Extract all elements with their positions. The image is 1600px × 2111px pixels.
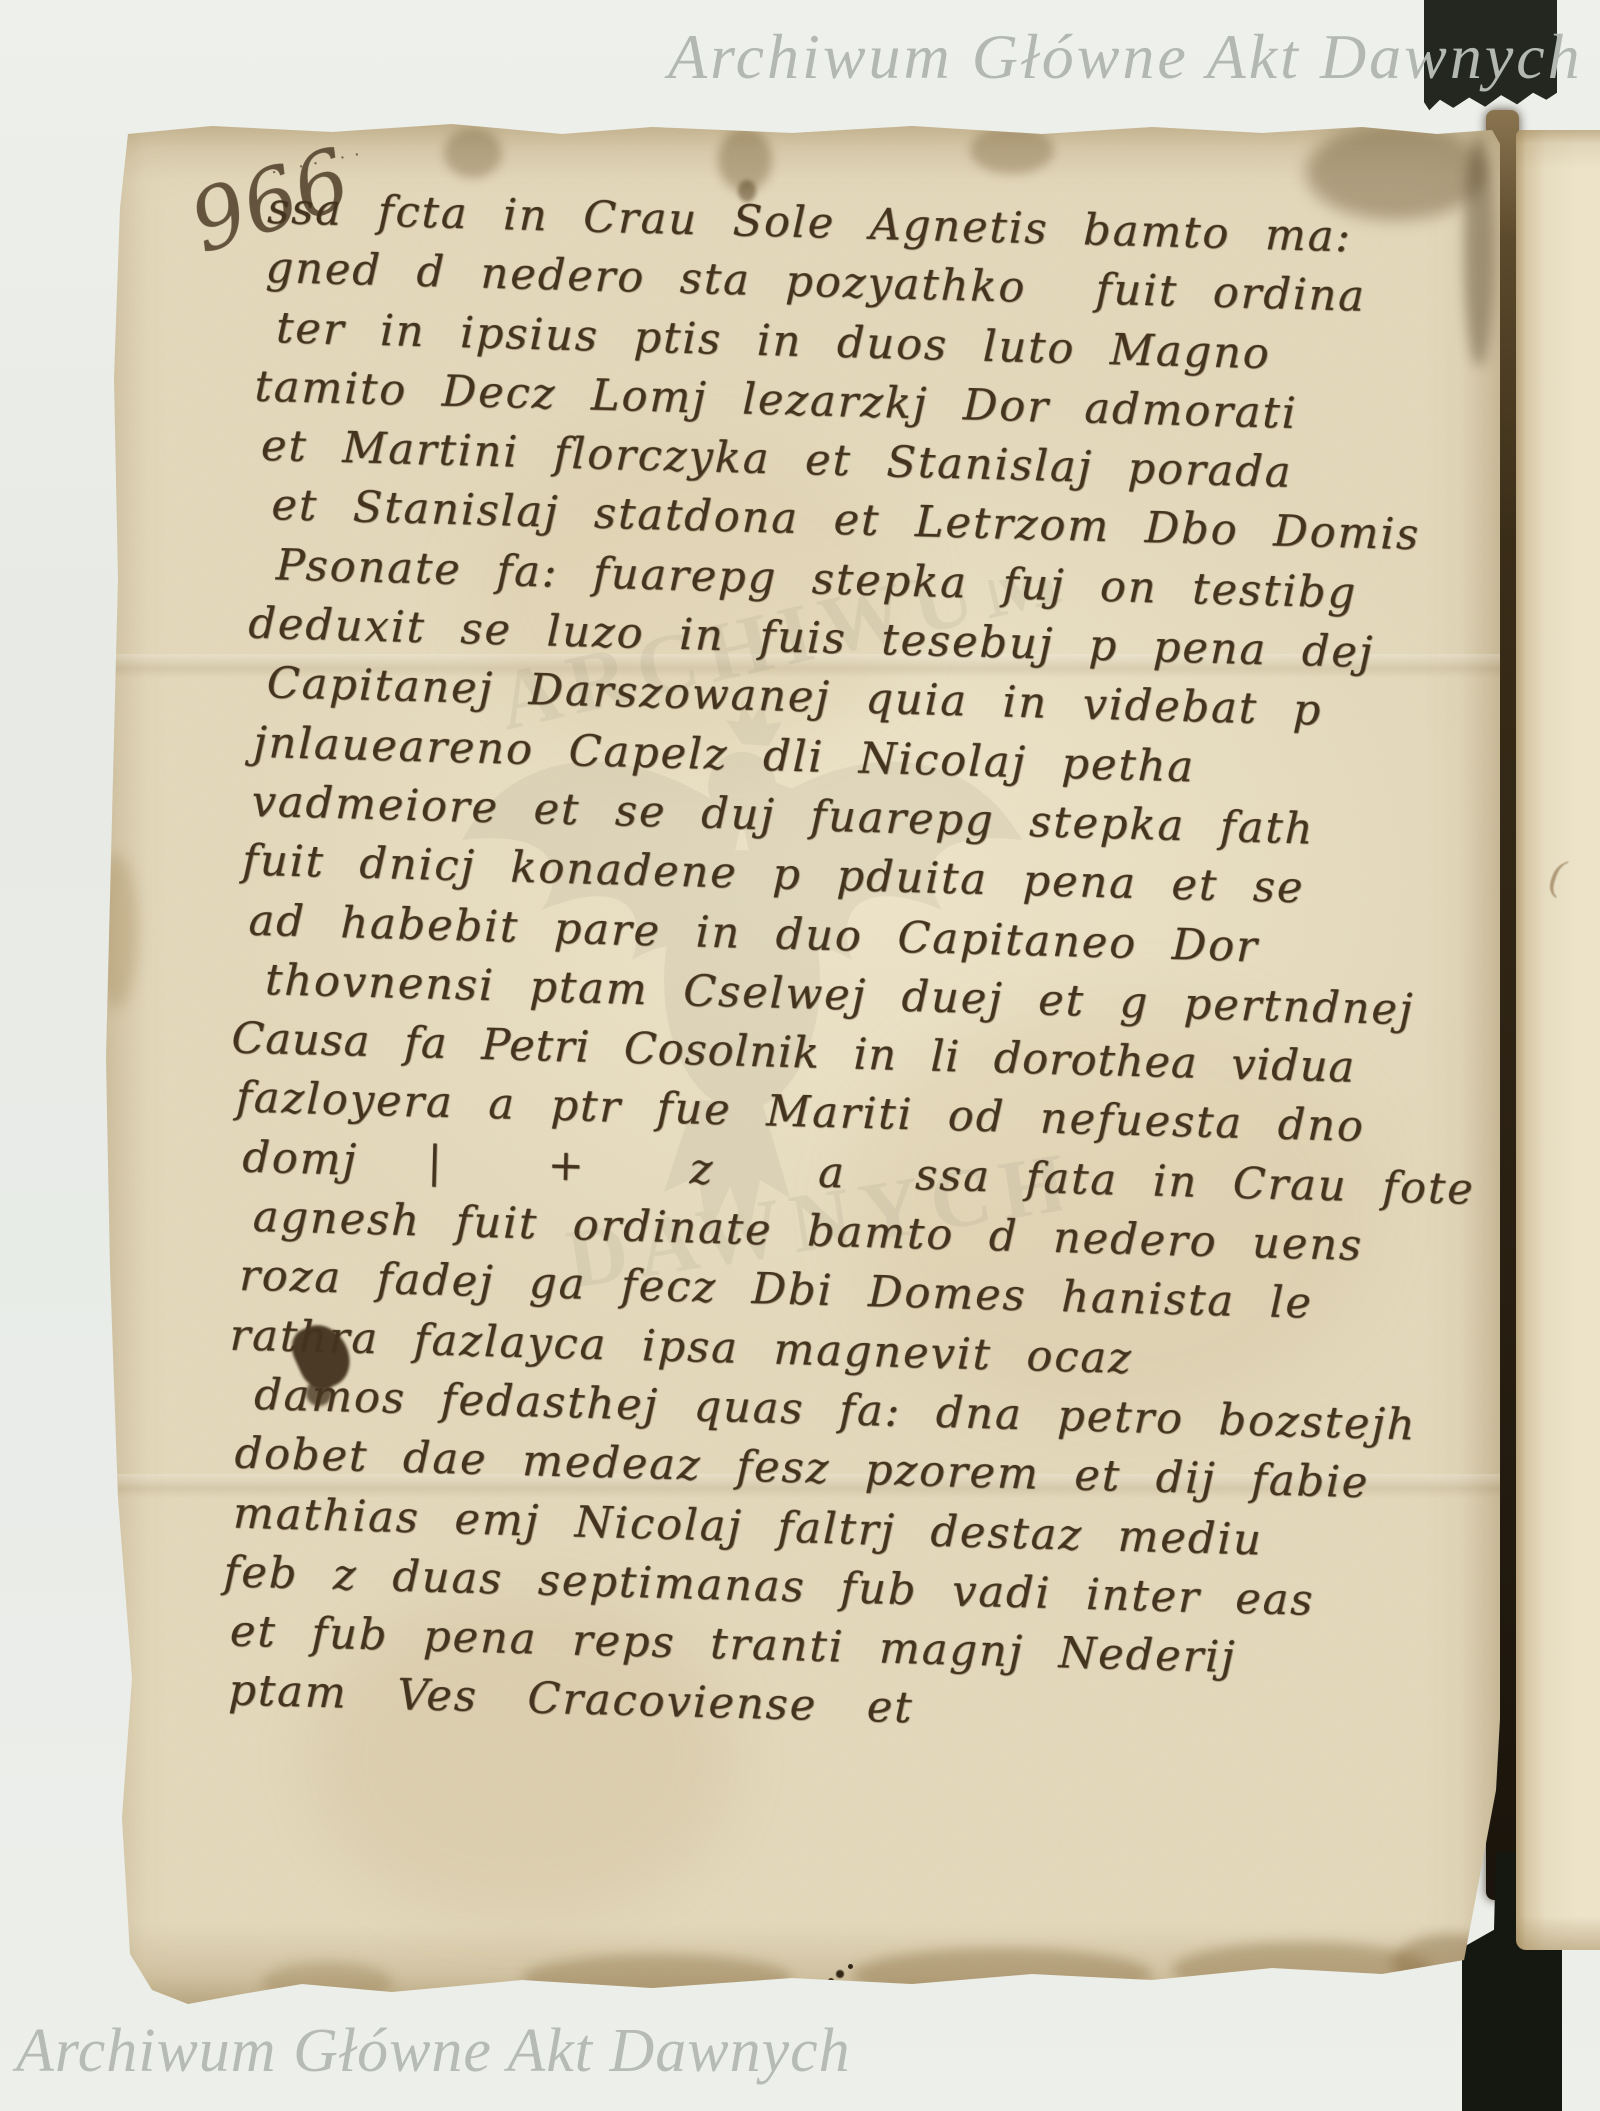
manuscript-page: ARCHIWUM DAWNYCH · ·· ·· 966 ssa fcta in… bbox=[92, 118, 1500, 2010]
spine-strip-top bbox=[1424, 0, 1557, 116]
ink-speck bbox=[828, 1978, 834, 1984]
archive-watermark-bottom: Archiwum Główne Akt Dawnych bbox=[16, 2016, 851, 2087]
edge-stain bbox=[970, 126, 1054, 174]
edge-stain bbox=[522, 1954, 792, 2004]
edge-stain bbox=[852, 1948, 1152, 2002]
scan-background: { "scan": { "archive_watermark": "Archiw… bbox=[0, 0, 1600, 2111]
marginal-mark: ( bbox=[1546, 851, 1567, 901]
edge-stain bbox=[718, 128, 772, 192]
edge-stain bbox=[1172, 1942, 1432, 1998]
edge-stain bbox=[262, 1962, 392, 2004]
edge-stain bbox=[94, 854, 138, 1008]
facing-page-edge: ( bbox=[1516, 130, 1600, 1950]
manuscript-text: ssa fcta in Crau Sole Agnetis bamto ma:g… bbox=[228, 180, 1483, 1753]
edge-stain bbox=[444, 128, 502, 178]
ink-speck bbox=[836, 1970, 844, 1978]
edge-stain bbox=[1306, 124, 1486, 220]
ink-speck bbox=[848, 1964, 853, 1969]
